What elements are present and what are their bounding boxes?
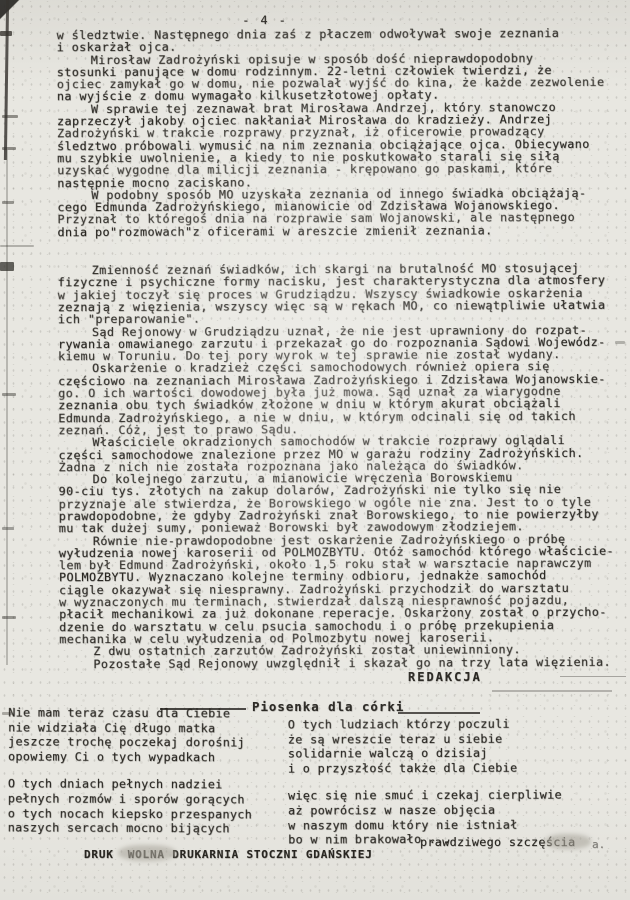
- text-line: Pozostałe Sąd Rejonowy uwzględnił i skaz…: [59, 655, 619, 670]
- scan-stray-mark: a.: [592, 838, 605, 851]
- left-margin-mark: [2, 527, 14, 530]
- scan-smudge: [545, 834, 591, 849]
- text-line: przyznaje ale stwierdza, że Borowskiego …: [59, 495, 619, 510]
- imprint-druk: DRUK: [84, 848, 114, 861]
- text-line: Oskarżenie o kradzież części samochodowy…: [58, 360, 618, 375]
- text-line: solidarnie walczą o dzisiaj: [288, 746, 578, 762]
- poem-stanza: O tych ludziach którzy poczuliże są wres…: [288, 716, 578, 775]
- text-line: go. O ich wartości dowodowej była już mo…: [58, 385, 618, 400]
- article-paragraph: Pozostałe Sąd Rejonowy uwzględnił i skaz…: [59, 655, 619, 670]
- text-line: w naszym domu który nie istniał: [288, 817, 578, 833]
- text-line: aż powrócisz w nasze objęcia: [288, 802, 578, 818]
- text-line: ojciec zamykał go w domu, nie pozwalał w…: [57, 76, 617, 91]
- song-column-right: O tych ludziach którzy poczuliże są wres…: [288, 716, 578, 847]
- article-paragraph: Sąd Rejonowy w Grudziądzu uznał, że nie …: [58, 323, 618, 362]
- text-line: Równie nie-prawdopodobne jest oskarżenie…: [59, 532, 619, 547]
- text-line: Sąd Rejonowy w Grudziądzu uznał, że nie …: [58, 323, 618, 338]
- editor-signature: REDAKCJA: [408, 670, 482, 684]
- poem-stanza: O tych dniach pełnych nadzieipełnych roz…: [8, 777, 298, 837]
- text-line: i o przyszłość także dla Ciebie: [288, 760, 578, 776]
- text-line: opowiemy Ci o tych wypadkach: [8, 749, 298, 765]
- article-paragraph: Zmienność zeznań świadków, ich skargi na…: [58, 262, 618, 326]
- left-margin-mark: [2, 147, 16, 150]
- text-line: lem był Edmund Zadrożyński, około 1,5 ro…: [59, 557, 619, 572]
- scan-edge-line: [4, 0, 9, 160]
- text-line: Zmienność zeznań świadków, ich skargi na…: [58, 262, 618, 277]
- left-margin-mark: [2, 115, 18, 118]
- left-margin-mark: [0, 31, 12, 36]
- text-line: Do kolejnego zarzutu, a mianowicie wręcz…: [59, 471, 619, 486]
- text-line: O tych dniach pełnych nadziei: [8, 777, 298, 793]
- article-paragraph: Mirosław Zadrożyński opisuje w sposób do…: [57, 51, 617, 103]
- text-line: W podobny sposób MO uzyskała zeznania od…: [57, 187, 617, 202]
- divider-line: [560, 676, 626, 677]
- left-margin-mark: [2, 393, 16, 396]
- poem-stanza: Nie mam teraz czasu dla Ciebienie widzia…: [8, 705, 298, 765]
- text-line: nie widziała Cię długo matka: [8, 720, 298, 736]
- scan-smudge: [118, 845, 176, 861]
- text-line: jeszcze trochę poczekaj dorośnij: [8, 735, 298, 751]
- divider-line: [492, 690, 612, 692]
- article-paragraph: Równie nie-prawdopodobne jest oskarżenie…: [59, 532, 619, 645]
- text-line: w wyznaczonych mu terminach, stwierdzał …: [59, 594, 619, 609]
- text-line: uzyskać wygodne dla milicji zeznania - k…: [57, 162, 617, 177]
- article-paragraph: Oskarżenie o kradzież części samochodowy…: [58, 360, 618, 436]
- text-line: więc się nie smuć i czekaj cierpliwie: [288, 788, 578, 804]
- text-line: W sprawie tej zeznawał brat Mirosława An…: [57, 101, 617, 116]
- left-margin-mark: [0, 245, 34, 247]
- text-line: Mirosław Zadrożyński opisuje w sposób do…: [57, 51, 617, 66]
- text-line: Właściciele okradzionych samochodów w tr…: [58, 434, 618, 449]
- article-paragraph: Właściciele okradzionych samochodów w tr…: [58, 434, 618, 473]
- text-line: że są wreszcie teraz u siebie: [288, 731, 578, 747]
- left-margin-mark: [2, 616, 16, 619]
- left-margin-mark: [2, 201, 14, 204]
- article-paragraph: W podobny sposób MO uzyskała zeznania od…: [57, 187, 617, 239]
- text-line: Zadrożyński w trakcie rozprawy przyznał,…: [57, 125, 617, 140]
- text-line: o tych nocach kiepsko przespanych: [8, 806, 298, 822]
- text-line: pełnych rozmów i sporów gorących: [8, 791, 298, 807]
- article-paragraph: w śledztwie. Następnego dnia zaś z płacz…: [57, 27, 617, 54]
- left-margin-mark: [0, 262, 14, 271]
- text-line: w jakiej toczył się proces w Grudziądzu.…: [58, 286, 618, 301]
- text-line: w śledztwie. Następnego dnia zaś z płacz…: [57, 27, 617, 42]
- article-paragraph: Do kolejnego zarzutu, a mianowicie wręcz…: [59, 471, 619, 535]
- page-number: - 4 -: [230, 13, 300, 27]
- text-line: Nie mam teraz czasu dla Ciebie: [8, 705, 298, 721]
- text-line: naszych sercach mocno bijących: [8, 821, 298, 837]
- scanned-page: - 4 - w śledztwie. Następnego dnia zaś z…: [0, 0, 630, 900]
- text-line: Przyznał to któregoś dnia na rozprawie s…: [57, 211, 617, 226]
- scan-edge-line: [6, 150, 8, 665]
- article-paragraph: W sprawie tej zeznawał brat Mirosława An…: [57, 101, 617, 190]
- song-column-left: Nie mam teraz czasu dla Ciebienie widzia…: [8, 705, 299, 836]
- divider-line: [398, 712, 480, 714]
- scan-corner-mark: [0, 0, 26, 20]
- article-body: w śledztwie. Następnego dnia zaś z płacz…: [57, 27, 620, 670]
- text-line: O tych ludziach którzy poczuli: [288, 716, 578, 732]
